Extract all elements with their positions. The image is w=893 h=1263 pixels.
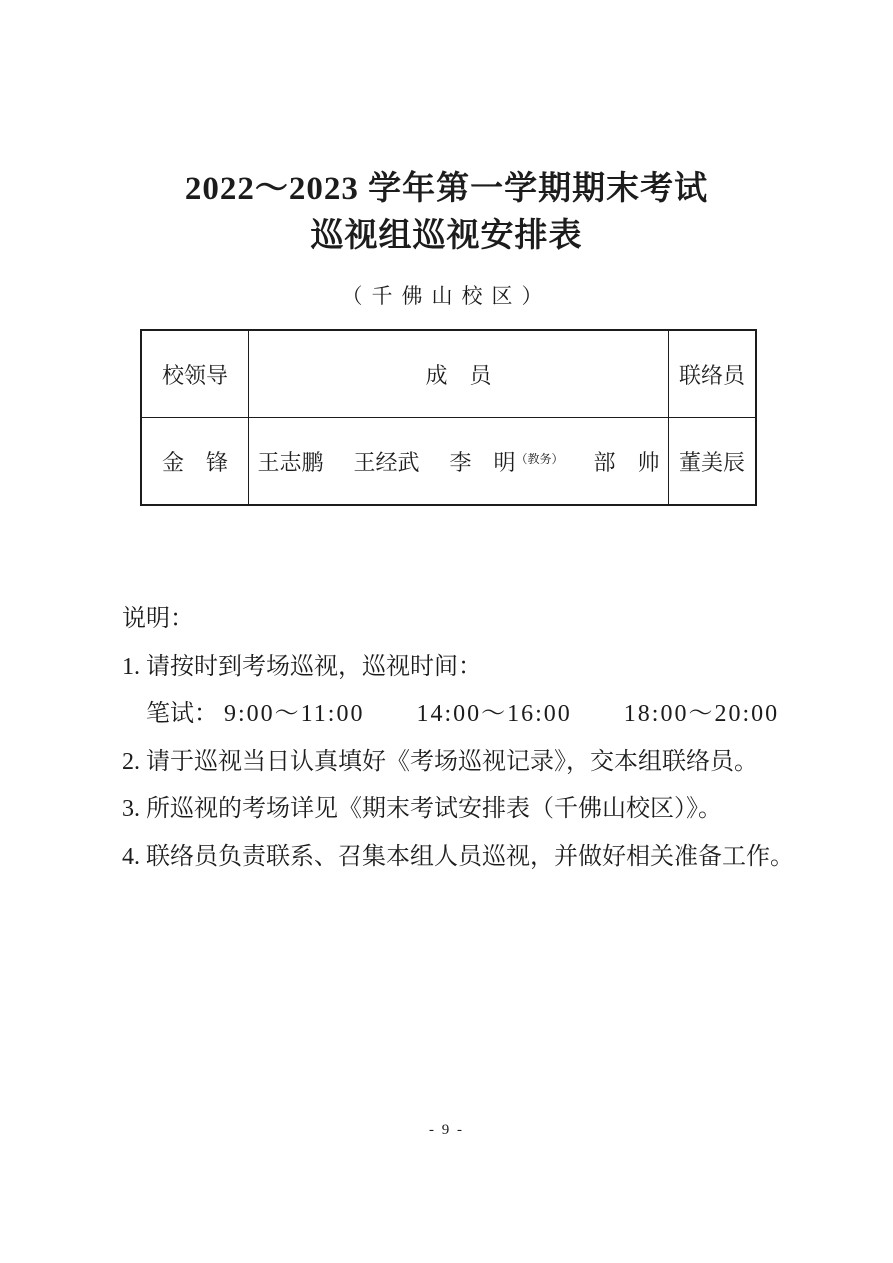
exam-times-line: 笔试：9:00～11:0014:00～16:0018:00～20:00: [122, 691, 802, 739]
title-block: 2022～2023 学年第一学期期末考试 巡视组巡视安排表: [0, 166, 893, 260]
note-item-2: 2. 请于巡视当日认真填好《考场巡视记录》，交本组联络员。: [122, 739, 802, 787]
header-cell-members: 成 员: [249, 330, 669, 418]
document-page: 2022～2023 学年第一学期期末考试 巡视组巡视安排表 （千佛山校区） 校领…: [0, 0, 893, 1263]
member-name-2: 王经武: [353, 446, 419, 477]
exam-time-slot-2: 14:00～16:00: [416, 701, 571, 727]
exam-time-slot-1: 9:00～11:00: [224, 701, 364, 727]
cell-leader-name: 金 锋: [141, 418, 249, 506]
note-item-3: 3. 所巡视的考场详见《期末考试安排表（千佛山校区）》。: [122, 786, 802, 834]
notes-section: 说明： 1. 请按时到考场巡视，巡视时间： 笔试：9:00～11:0014:00…: [122, 596, 802, 881]
inspection-roster-table: 校领导 成 员 联络员 金 锋 王志鹏 王经武 李 明（教务） 部 帅 董美辰: [140, 329, 757, 506]
exam-time-slot-3: 18:00～20:00: [624, 701, 779, 727]
table-data-row: 金 锋 王志鹏 王经武 李 明（教务） 部 帅 董美辰: [141, 418, 756, 506]
header-cell-liaison: 联络员: [669, 330, 757, 418]
campus-label: （千佛山校区）: [0, 280, 893, 310]
member-name-3-text: 李 明: [449, 450, 515, 475]
cell-members: 王志鹏 王经武 李 明（教务） 部 帅: [249, 418, 669, 506]
members-list: 王志鹏 王经武 李 明（教务） 部 帅: [249, 446, 668, 477]
exam-title-line-2: 巡视组巡视安排表: [0, 213, 893, 260]
exam-time-label: 笔试：: [146, 701, 218, 727]
member-name-3: 李 明（教务）: [449, 446, 563, 477]
note-item-1: 1. 请按时到考场巡视，巡视时间：: [122, 644, 802, 692]
notes-heading: 说明：: [122, 596, 802, 644]
exam-title-line-1: 2022～2023 学年第一学期期末考试: [0, 166, 893, 213]
note-item-4: 4. 联络员负责联系、召集本组人员巡视，并做好相关准备工作。: [122, 834, 802, 882]
cell-liaison-name: 董美辰: [669, 418, 757, 506]
member-3-role-annotation: （教务）: [516, 452, 564, 466]
member-name-4: 部 帅: [594, 446, 660, 477]
table-header-row: 校领导 成 员 联络员: [141, 330, 756, 418]
header-cell-school-leader: 校领导: [141, 330, 249, 418]
member-name-1: 王志鹏: [257, 446, 323, 477]
page-number: - 9 -: [0, 1122, 893, 1139]
